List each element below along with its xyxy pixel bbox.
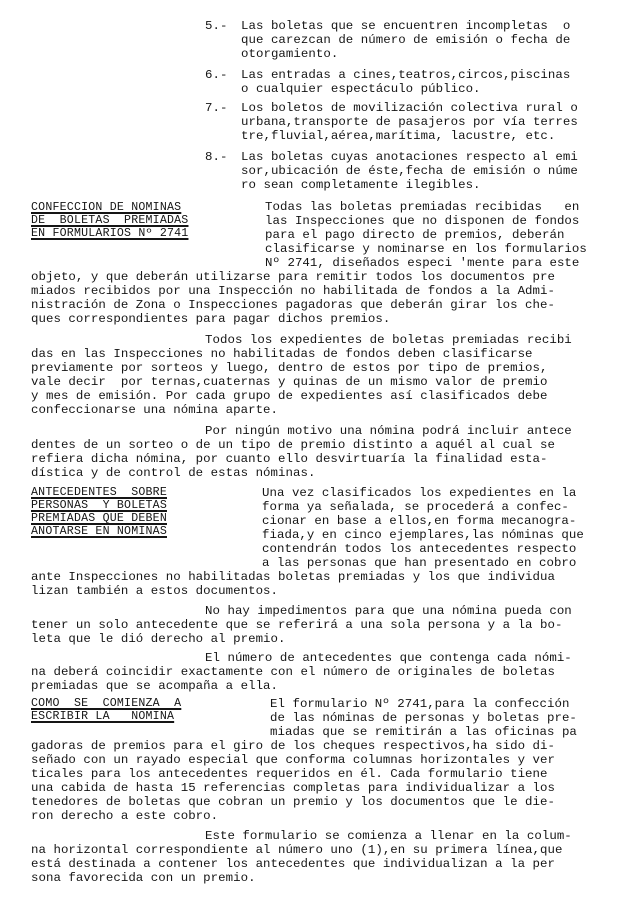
list-text-line: sor,ubicación de éste,fecha de emisión o… xyxy=(241,164,578,178)
list-text-line: Las boletas que se encuentren incompleta… xyxy=(241,19,570,33)
list-text-line: que carezcan de número de emisión o fech… xyxy=(241,33,570,47)
section-text-line: forma ya señalada, se procederá a confec… xyxy=(262,500,569,514)
paragraph-line: leta que le dió derecho al premio. xyxy=(31,632,286,646)
section-text-line: clasificarse y nominarse en los formular… xyxy=(265,242,587,256)
list-text-line: otorgamiento. xyxy=(241,47,338,61)
section-text-line: para el pago directo de premios, deberán xyxy=(265,228,564,242)
paragraph-line: na deberá coincidir exactamente con el n… xyxy=(31,665,555,679)
paragraph-line: El número de antecedentes que contenga c… xyxy=(205,651,572,665)
section-text-line: fiada,y en cinco ejemplares,las nóminas … xyxy=(262,528,584,542)
paragraph-line: está destinada a contener los antecedent… xyxy=(31,857,555,871)
paragraph-line: Todos los expedientes de boletas premiad… xyxy=(205,333,572,347)
section-text-line: contendrán todos los antecedentes respec… xyxy=(262,542,576,556)
section-heading-line: COMO SE COMIENZA A xyxy=(31,697,181,710)
paragraph-line: sona favorecida con un premio. xyxy=(31,871,256,885)
section-heading-line: ANOTARSE EN NOMINAS xyxy=(31,525,167,538)
section-text-line: cionar en base a ellos,en forma mecanogr… xyxy=(262,514,576,528)
section-text-line: Todas las boletas premiadas recibidas en xyxy=(265,200,579,214)
section-heading-line: PREMIADAS QUE DEBEN xyxy=(31,512,167,525)
section-heading-line: ESCRIBIR LA NOMINA xyxy=(31,710,174,723)
section-heading-line: ANTECEDENTES SOBRE xyxy=(31,486,167,499)
section-text-line: El formulario Nº 2741,para la confección xyxy=(270,697,569,711)
section-text-line: señado con un rayado especial que confor… xyxy=(31,753,555,767)
paragraph-line: tener un solo antecedente que se referir… xyxy=(31,618,562,632)
section-text-line: a las personas que han presentado en cob… xyxy=(262,556,576,570)
section-text-line: las Inspecciones que no disponen de fond… xyxy=(265,214,579,228)
section-text-line: ques correspondientes para pagar dichos … xyxy=(31,312,390,326)
section-text-line: miados recibidos por una Inspección no h… xyxy=(31,284,555,298)
section-text-line: lizan también a estos documentos. xyxy=(31,584,278,598)
paragraph-line: No hay impedimentos para que una nómina … xyxy=(205,604,572,618)
paragraph-line: y mes de emisión. Por cada grupo de expe… xyxy=(31,389,548,403)
section-text-line: ante Inspecciones no habilitadas boletas… xyxy=(31,570,555,584)
section-text-line: tenedores de boletas que cobran un premi… xyxy=(31,795,555,809)
section-heading-line: DE BOLETAS PREMIADAS xyxy=(31,214,188,227)
section-heading-line: CONFECCION DE NOMINAS xyxy=(31,201,181,214)
paragraph-line: das en las Inspecciones no habilitadas d… xyxy=(31,347,533,361)
paragraph-line: refiera dicha nómina, por cuanto ello de… xyxy=(31,452,548,466)
document-page: 5.- Las boletas que se encuentren incomp… xyxy=(0,0,630,899)
section-text-line: una cabida de hasta 15 referencias compl… xyxy=(31,781,555,795)
paragraph-line: Por ningún motivo una nómina podrá inclu… xyxy=(205,424,572,438)
section-text-line: Una vez clasificados los expedientes en … xyxy=(262,486,576,500)
section-text-line: miadas que se remitirán a las oficinas p… xyxy=(270,725,577,739)
paragraph-line: Este formulario se comienza a llenar en … xyxy=(205,829,572,843)
list-text-line: Las boletas cuyas anotaciones respecto a… xyxy=(241,150,578,164)
paragraph-line: na horizontal correspondiente al número … xyxy=(31,843,562,857)
paragraph-line: confeccionarse una nómina aparte. xyxy=(31,403,278,417)
section-heading-line: EN FORMULARIOS Nº 2741 xyxy=(31,227,188,240)
paragraph-line: dística y de control de estas nóminas. xyxy=(31,466,315,480)
section-text-line: Nº 2741, diseñados especi 'mente para es… xyxy=(265,256,579,270)
list-text-line: tre,fluvial,aérea,marítima, lacustre, et… xyxy=(241,129,555,143)
list-number: 8.- xyxy=(205,150,227,164)
list-text-line: Los boletos de movilización colectiva ru… xyxy=(241,101,578,115)
paragraph-line: dentes de un sorteo o de un tipo de prem… xyxy=(31,438,555,452)
section-text-line: nistración de Zona o Inspecciones pagado… xyxy=(31,298,555,312)
list-text-line: urbana,transporte de pasajeros por vía t… xyxy=(241,115,578,129)
paragraph-line: premiadas que se acompaña a ella. xyxy=(31,679,278,693)
paragraph-line: previamente por sorteos y luego, dentro … xyxy=(31,361,548,375)
section-text-line: ron derecho a este cobro. xyxy=(31,809,218,823)
paragraph-line: vale decir por ternas,cuaternas y quinas… xyxy=(31,375,548,389)
list-text-line: ro sean completamente ilegibles. xyxy=(241,178,481,192)
list-text-line: o cualquier espectáculo público. xyxy=(241,82,481,96)
list-number: 7.- xyxy=(205,101,227,115)
section-text-line: gadoras de premios para el giro de los c… xyxy=(31,739,555,753)
list-number: 6.- xyxy=(205,68,227,82)
list-number: 5.- xyxy=(205,19,227,33)
section-heading-line: PERSONAS Y BOLETAS xyxy=(31,499,167,512)
section-text-line: ticales para los antecedentes requeridos… xyxy=(31,767,548,781)
section-text-line: de las nóminas de personas y boletas pre… xyxy=(270,711,577,725)
list-text-line: Las entradas a cines,teatros,circos,pisc… xyxy=(241,68,570,82)
section-text-line: objeto, y que deberán utilizarse para re… xyxy=(31,270,555,284)
